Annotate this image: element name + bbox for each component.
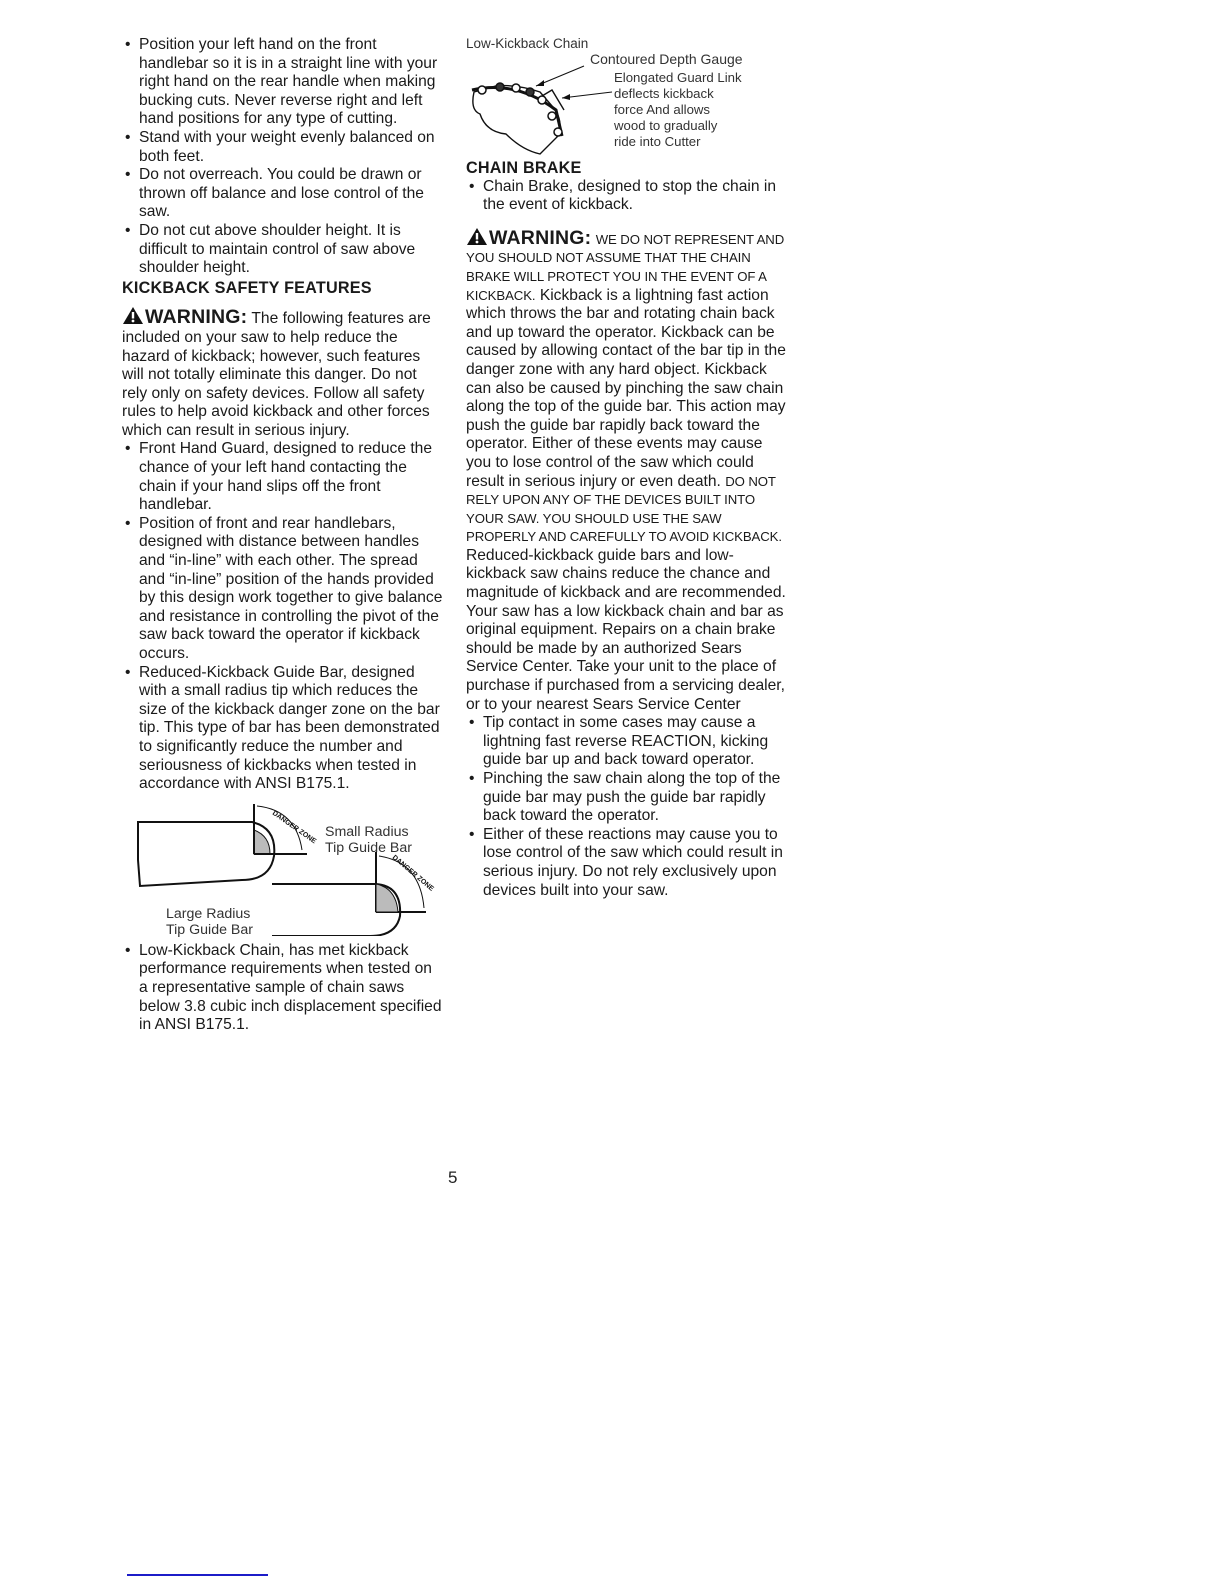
large-radius-label-line1: Large Radius — [166, 906, 250, 922]
danger-zone-label: DANGER ZONE — [271, 810, 318, 846]
chain-brake-bullet: Chain Brake, designed to stop the chain … — [466, 178, 786, 215]
chain-illustration — [466, 50, 616, 160]
kickback-bullet: Pinching the saw chain along the top of … — [466, 770, 786, 826]
guard-link-label-line: deflects kickback — [614, 86, 714, 102]
guide-bar-diagram: DANGER ZONE DANGER ZONE Small Radius Tip… — [122, 800, 444, 936]
right-column: Low-Kickback Chain Contoured Depth Gauge… — [466, 36, 786, 900]
feature-bullet: Position of front and rear handlebars, d… — [122, 515, 444, 664]
left-column: Position your left hand on the front han… — [122, 36, 444, 1035]
low-kickback-chain-diagram: Low-Kickback Chain Contoured Depth Gauge… — [466, 36, 786, 158]
kickback-bullet: Tip contact in some cases may cause a li… — [466, 714, 786, 770]
safety-bullet: Position your left hand on the front han… — [122, 36, 444, 129]
warning-label: WARNING: — [489, 227, 591, 249]
small-radius-label-line1: Small Radius — [325, 824, 409, 840]
warning-text: The following features are included on y… — [122, 310, 431, 439]
warning-triangle-icon — [122, 306, 144, 325]
guard-link-label-line: wood to gradually — [614, 118, 717, 134]
safety-bullet: Do not overreach. You could be drawn or … — [122, 166, 444, 222]
kickback-bullet: Either of these reactions may cause you … — [466, 826, 786, 900]
feature-bullet: Front Hand Guard, designed to reduce the… — [122, 440, 444, 514]
feature-bullet: Reduced-Kickback Guide Bar, designed wit… — [122, 664, 444, 794]
warning-block: WARNING: WE DO NOT REPRESENT AND YOU SHO… — [466, 227, 786, 714]
warning-text: Reduced-kickback guide bars and low-kick… — [466, 547, 786, 713]
guard-link-label-line: force And allows — [614, 102, 710, 118]
guard-link-label-line: ride into Cutter — [614, 134, 701, 150]
safety-bullet: Stand with your weight evenly balanced o… — [122, 129, 444, 166]
footer-rule — [127, 1574, 268, 1576]
danger-zone-label: DANGER ZONE — [391, 854, 435, 893]
page-number: 5 — [448, 1168, 457, 1188]
feature-bullet: Low-Kickback Chain, has met kickback per… — [122, 942, 444, 1035]
large-radius-label-line2: Tip Guide Bar — [166, 922, 253, 938]
guard-link-label-line: Elongated Guard Link — [614, 70, 742, 86]
warning-text: Kickback is a lightning fast action whic… — [466, 287, 786, 490]
warning-block: WARNING: The following features are incl… — [122, 306, 444, 440]
small-radius-label-line2: Tip Guide Bar — [325, 840, 412, 856]
section-heading-kickback-safety: KICKBACK SAFETY FEATURES — [122, 279, 444, 298]
warning-triangle-icon — [466, 227, 488, 246]
warning-label: WARNING: — [145, 306, 247, 328]
safety-bullet: Do not cut above shoulder height. It is … — [122, 222, 444, 278]
section-heading-chain-brake: CHAIN BRAKE — [466, 159, 786, 178]
